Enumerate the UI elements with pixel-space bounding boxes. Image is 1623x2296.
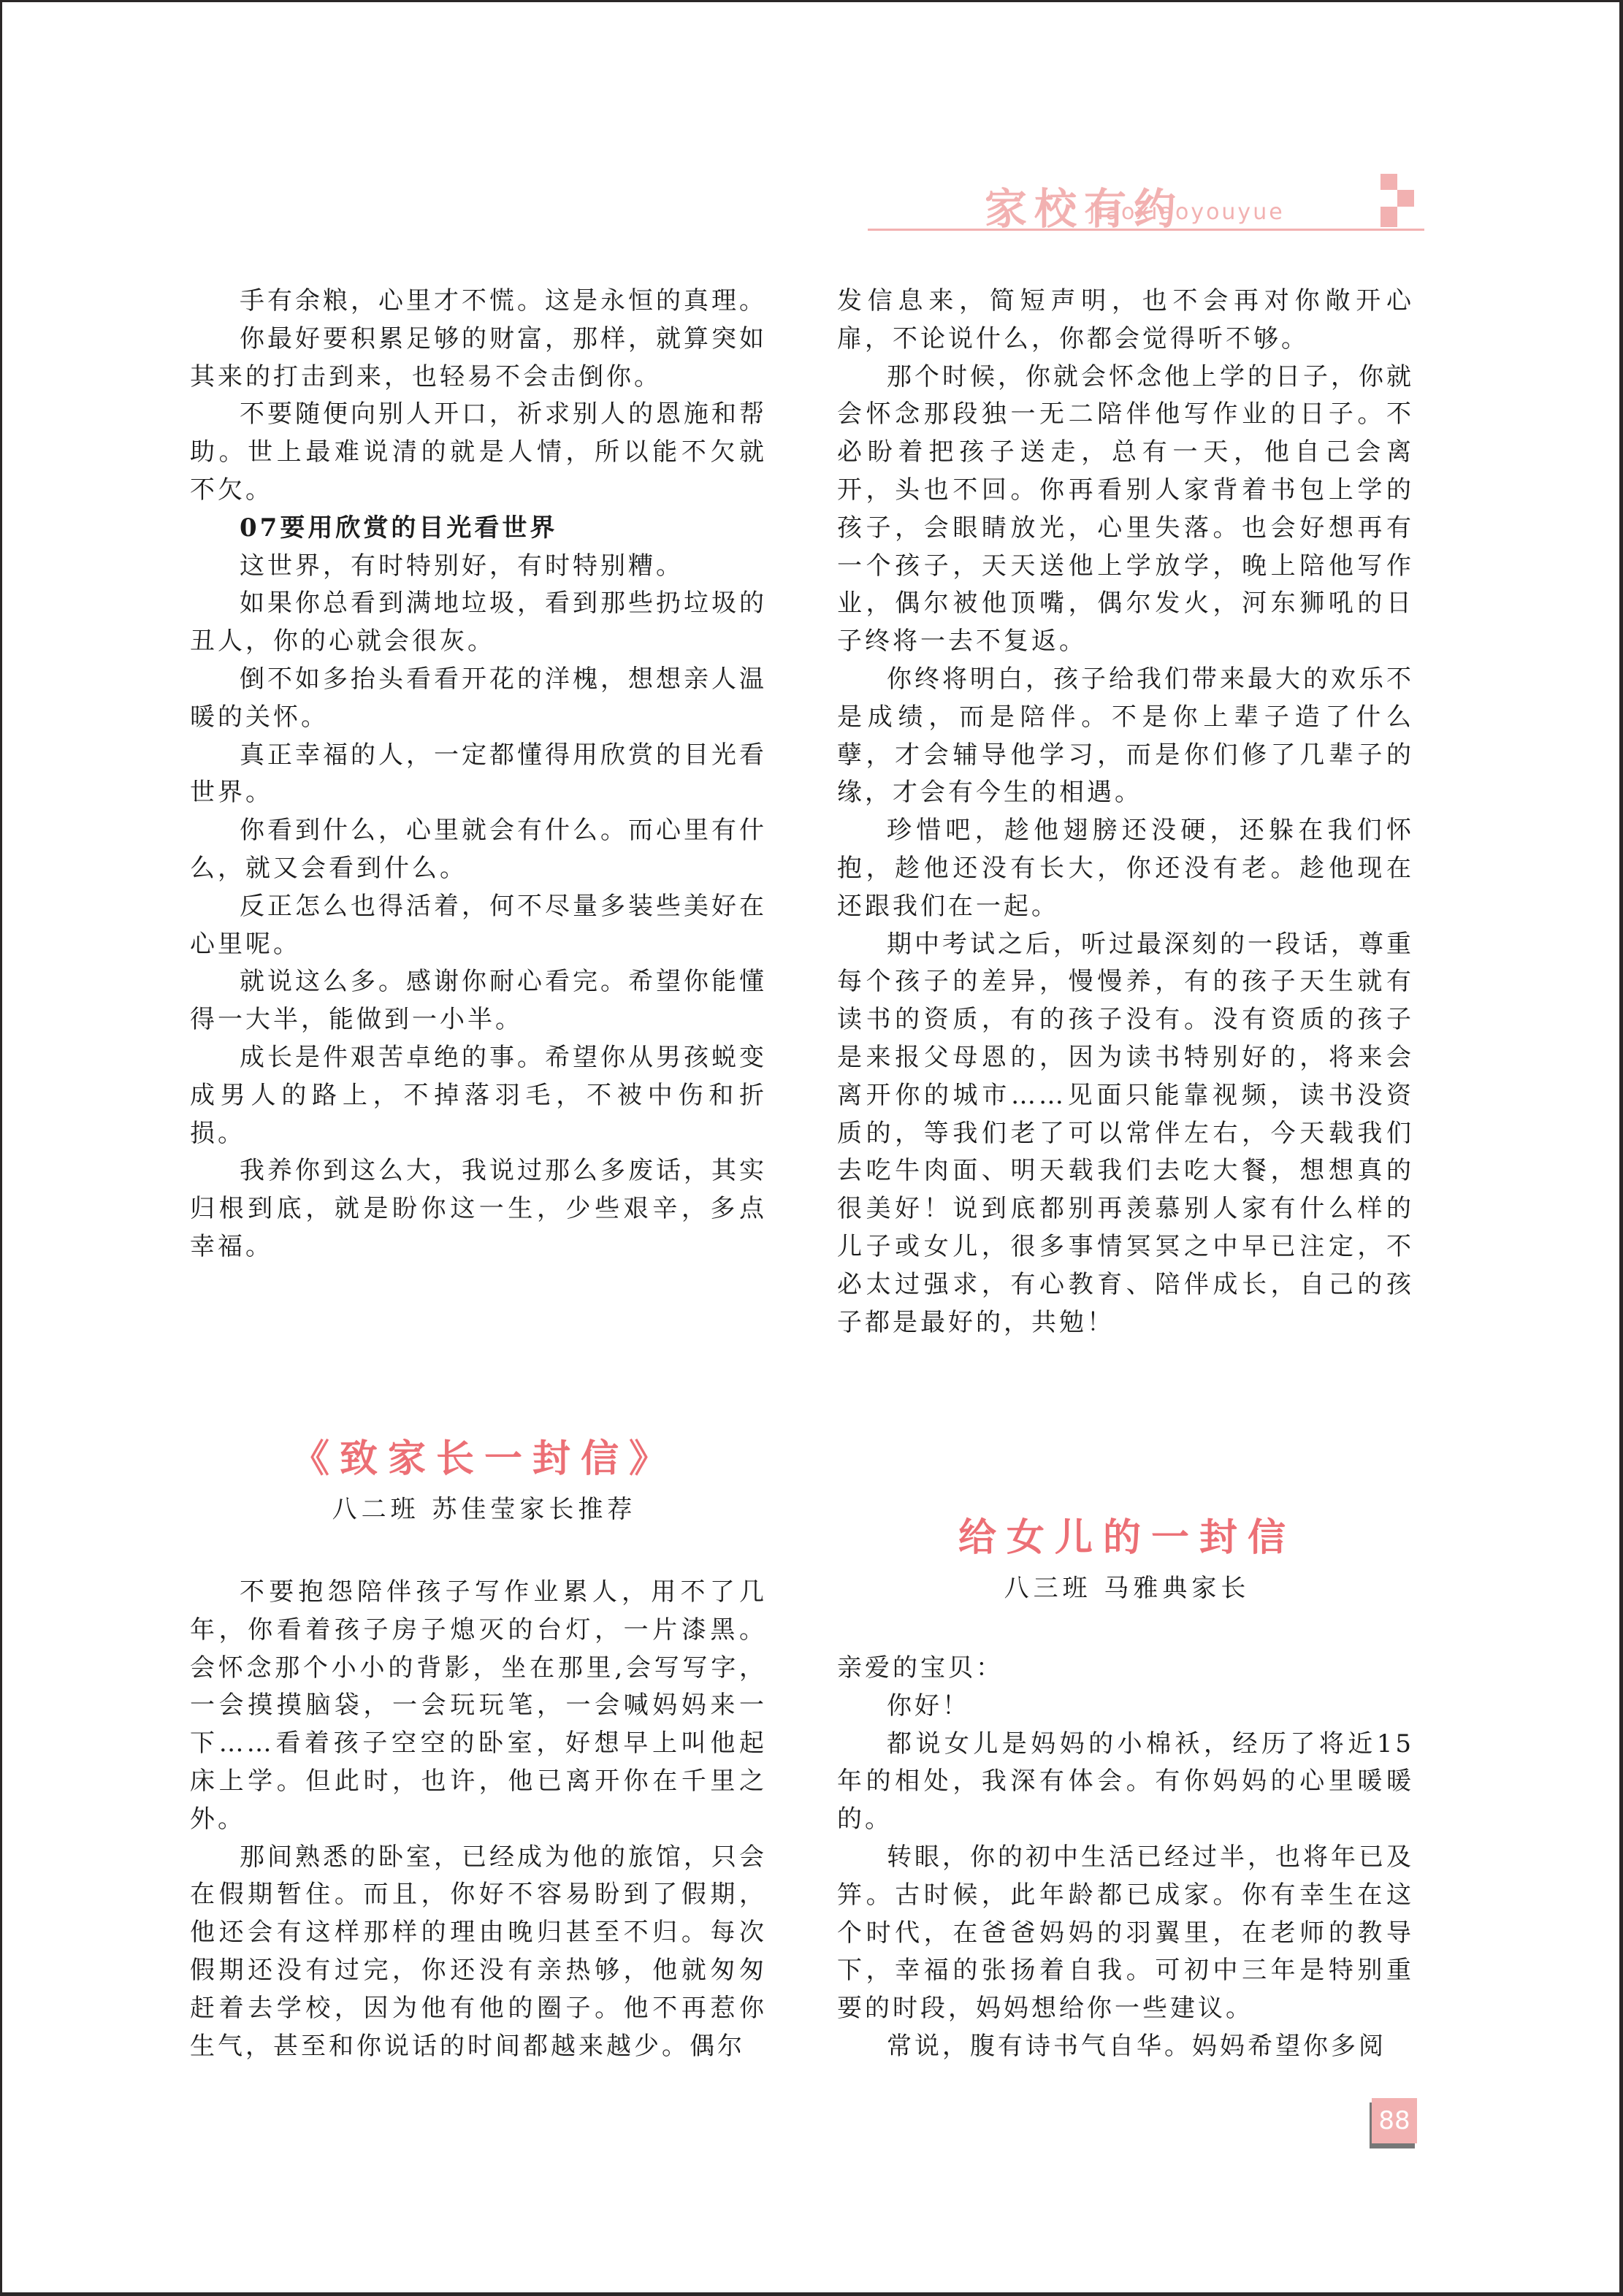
article-byline: 八三班 马雅典家长 xyxy=(944,1572,1310,1604)
column-top-right: 发信息来，简短声明，也不会再对你敞开心扉，不论说什么，你都会觉得听不够。 那个时… xyxy=(837,283,1414,1342)
paragraph: 真正幸福的人，一定都懂得用欣赏的目光看世界。 xyxy=(190,737,767,813)
salutation: 亲爱的宝贝： xyxy=(837,1650,1414,1688)
paragraph: 这世界，有时特别好，有时特别糟。 xyxy=(190,548,767,586)
paragraph: 那间熟悉的卧室，已经成为他的旅馆，只会在假期暂住。而且，你好不容易盼到了假期，他… xyxy=(190,1839,767,2066)
paragraph: 我养你到这么大，我说过那么多废话，其实归根到底，就是盼你这一生，少些艰辛，多点幸… xyxy=(190,1152,767,1266)
decorative-square-icon xyxy=(1380,207,1397,227)
subheading: 07要用欣赏的目光看世界 xyxy=(190,510,767,548)
paragraph: 转眼，你的初中生活已经过半，也将年已及笄。古时候，此年龄都已成家。你有幸生在这个… xyxy=(837,1839,1414,2028)
column-top-left: 手有余粮，心里才不慌。这是永恒的真理。 你最好要积累足够的财富，那样，就算突如其… xyxy=(190,283,767,1266)
paragraph: 倒不如多抬头看看开花的洋槐，想想亲人温暖的关怀。 xyxy=(190,661,767,737)
paragraph: 你最好要积累足够的财富，那样，就算突如其来的打击到来，也轻易不会击倒你。 xyxy=(190,321,767,397)
paragraph: 常说，腹有诗书气自华。妈妈希望你多阅 xyxy=(837,2028,1414,2066)
paragraph: 不要随便向别人开口，祈求别人的恩施和帮助。世上最难说清的就是人情，所以能不欠就不… xyxy=(190,396,767,509)
article-title: 《致家长一封信》 xyxy=(287,1434,681,1485)
paragraph: 反正怎么也得活着，何不尽量多装些美好在心里呢。 xyxy=(190,888,767,964)
decorative-square-icon xyxy=(1380,174,1397,190)
greeting: 你好！ xyxy=(837,1688,1414,1726)
paragraph: 珍惜吧，趁他翅膀还没硬，还躲在我们怀抱，趁他还没有长大，你还没有老。趁他现在还跟… xyxy=(837,812,1414,925)
article-title: 给女儿的一封信 xyxy=(944,1512,1310,1564)
article-body: 亲爱的宝贝： 你好！ 都说女儿是妈妈的小棉袄，经历了将近15年的相处，我深有体会… xyxy=(837,1650,1414,2066)
paragraph: 那个时候，你就会怀念他上学的日子，你就会怀念那段独一无二陪伴他写作业的日子。不必… xyxy=(837,359,1414,661)
article-body: 不要抱怨陪伴孩子写作业累人，用不了几年，你看着孩子房子熄灭的台灯，一片漆黑。会怀… xyxy=(190,1574,767,2065)
paragraph: 不要抱怨陪伴孩子写作业累人，用不了几年，你看着孩子房子熄灭的台灯，一片漆黑。会怀… xyxy=(190,1574,767,1839)
decorative-square-icon xyxy=(1397,190,1414,207)
paragraph: 成长是件艰苦卓绝的事。希望你从男孩蜕变成男人的路上，不掉落羽毛，不被中伤和折损。 xyxy=(190,1039,767,1152)
article-byline: 八二班 苏佳莹家长推荐 xyxy=(287,1493,681,1526)
page-number: 88 xyxy=(1372,2098,1417,2143)
paragraph: 都说女儿是妈妈的小棉袄，经历了将近15年的相处，我深有体会。有你妈妈的心里暖暖的… xyxy=(837,1726,1414,1839)
paragraph: 你看到什么，心里就会有什么。而心里有什么，就又会看到什么。 xyxy=(190,812,767,888)
header-rule xyxy=(868,229,1424,231)
magazine-page: 家校有约 jiaoxiaoyouyue 手有余粮，心里才不慌。这是永恒的真理。 … xyxy=(2,2,1619,2292)
section-pinyin: jiaoxiaoyouyue xyxy=(1089,198,1285,227)
paragraph: 期中考试之后，听过最深刻的一段话，尊重每个孩子的差异，慢慢养，有的孩子天生就有读… xyxy=(837,926,1414,1342)
paragraph: 就说这么多。感谢你耐心看完。希望你能懂得一大半，能做到一小半。 xyxy=(190,963,767,1039)
paragraph: 你终将明白，孩子给我们带来最大的欢乐不是成绩，而是陪伴。不是你上辈子造了什么孽，… xyxy=(837,661,1414,812)
paragraph: 如果你总看到满地垃圾，看到那些扔垃圾的丑人，你的心就会很灰。 xyxy=(190,585,767,661)
paragraph: 手有余粮，心里才不慌。这是永恒的真理。 xyxy=(190,283,767,321)
paragraph: 发信息来，简短声明，也不会再对你敞开心扉，不论说什么，你都会觉得听不够。 xyxy=(837,283,1414,359)
